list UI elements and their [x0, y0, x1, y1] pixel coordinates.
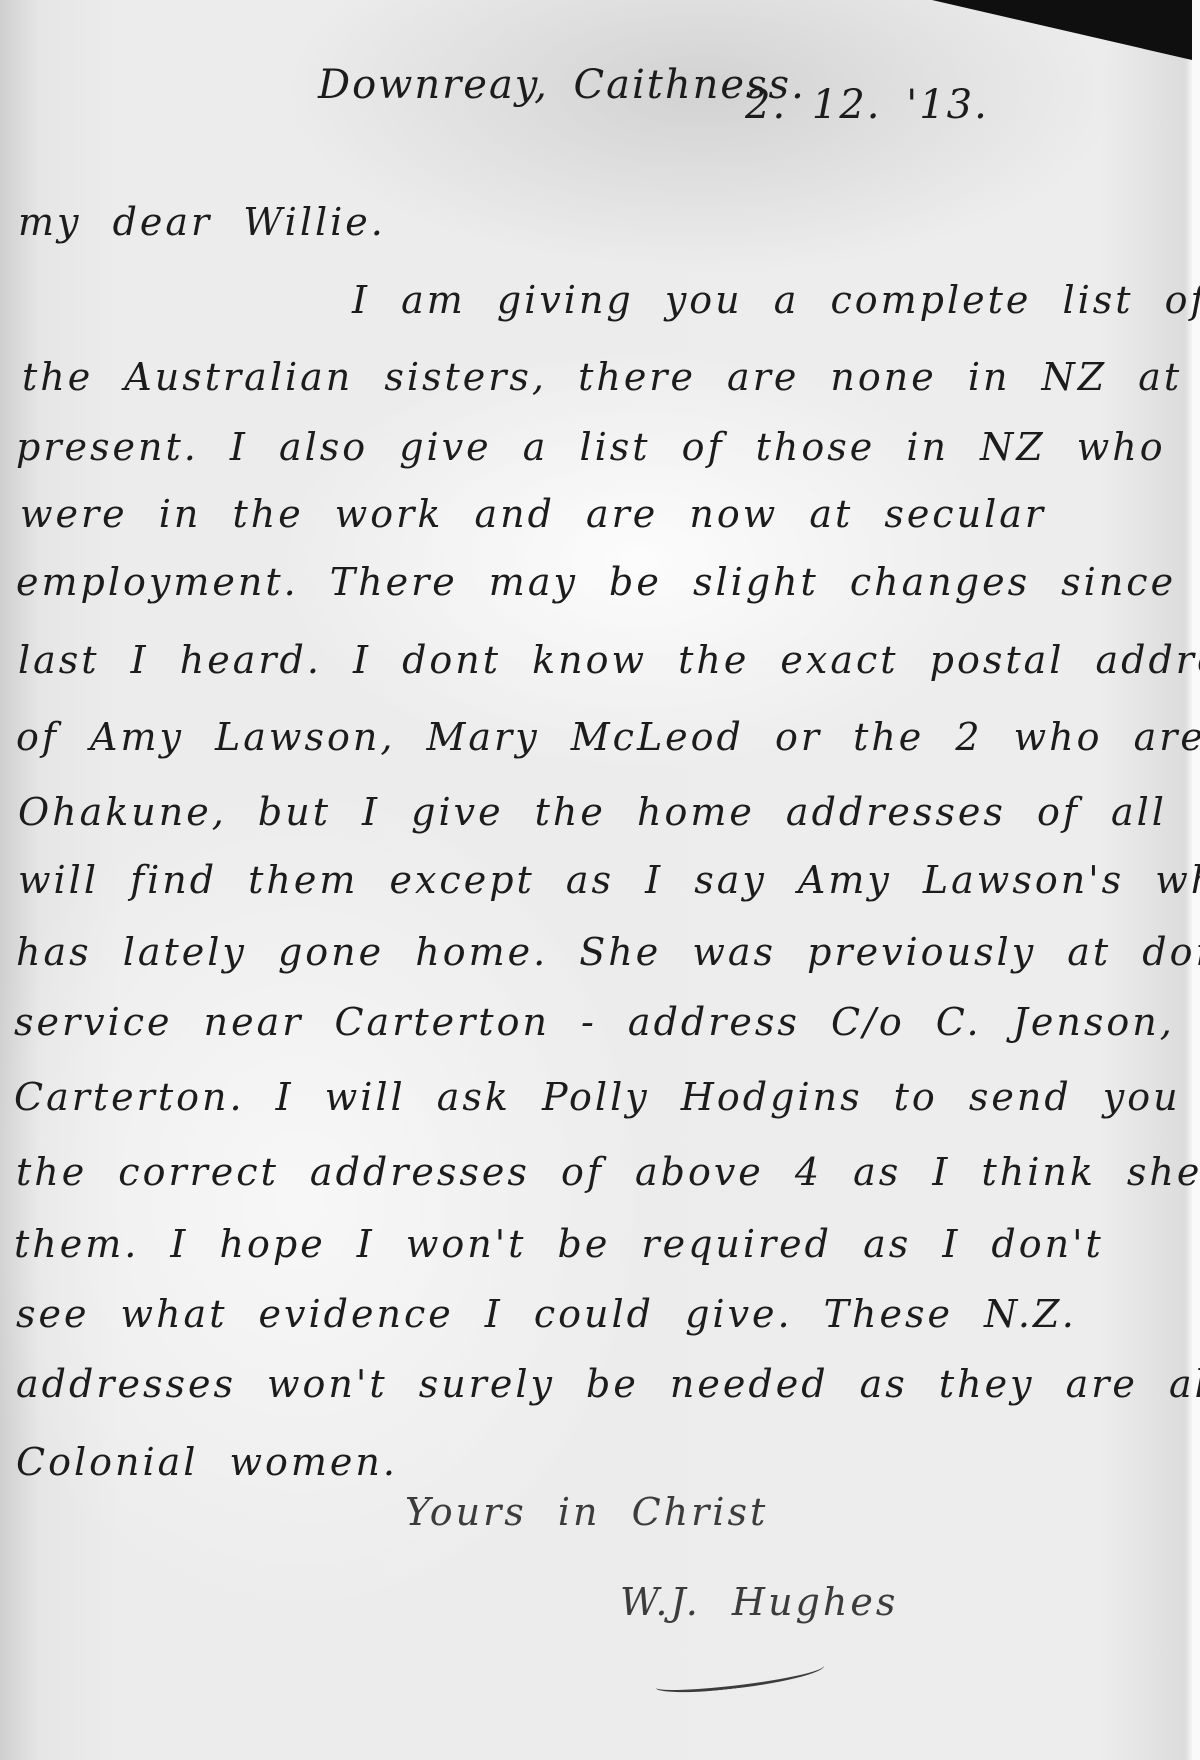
body-line: Carterton. I will ask Polly Hodgins to s…: [14, 1075, 1181, 1119]
body-line: see what evidence I could give. These N.…: [16, 1292, 1077, 1336]
letter-date: 2. 12. '13.: [745, 82, 989, 128]
closing: Yours in Christ: [405, 1490, 768, 1534]
body-line: employment. There may be slight changes …: [16, 560, 1176, 604]
body-line: the correct addresses of above 4 as I th…: [16, 1150, 1200, 1194]
body-line: Ohakune, but I give the home addresses o…: [18, 790, 1200, 834]
body-line: will find them except as I say Amy Lawso…: [18, 858, 1200, 902]
body-line: present. I also give a list of those in …: [16, 425, 1166, 469]
body-line: them. I hope I won't be required as I do…: [14, 1222, 1104, 1266]
signature: W.J. Hughes: [620, 1580, 898, 1624]
folded-corner-shadow: [932, 0, 1192, 60]
body-line: were in the work and are now at secular: [20, 492, 1046, 536]
body-line: of Amy Lawson, Mary McLeod or the 2 who …: [16, 715, 1200, 759]
body-line: the Australian sisters, there are none i…: [22, 355, 1182, 399]
salutation: my dear Willie.: [18, 200, 386, 244]
body-line: service near Carterton - address C/o C. …: [14, 1000, 1200, 1044]
body-line: has lately gone home. She was previously…: [16, 930, 1200, 974]
body-line: I am giving you a complete list of: [352, 278, 1200, 322]
body-line: Colonial women.: [16, 1440, 398, 1484]
body-line: last I heard. I dont know the exact post…: [18, 638, 1200, 682]
body-line: addresses won't surely be needed as they…: [16, 1362, 1200, 1406]
letter-place: Downreay, Caithness.: [318, 62, 806, 108]
letter-page: Downreay, Caithness. 2. 12. '13. my dear…: [0, 0, 1200, 1760]
signature-flourish: [654, 1656, 825, 1697]
